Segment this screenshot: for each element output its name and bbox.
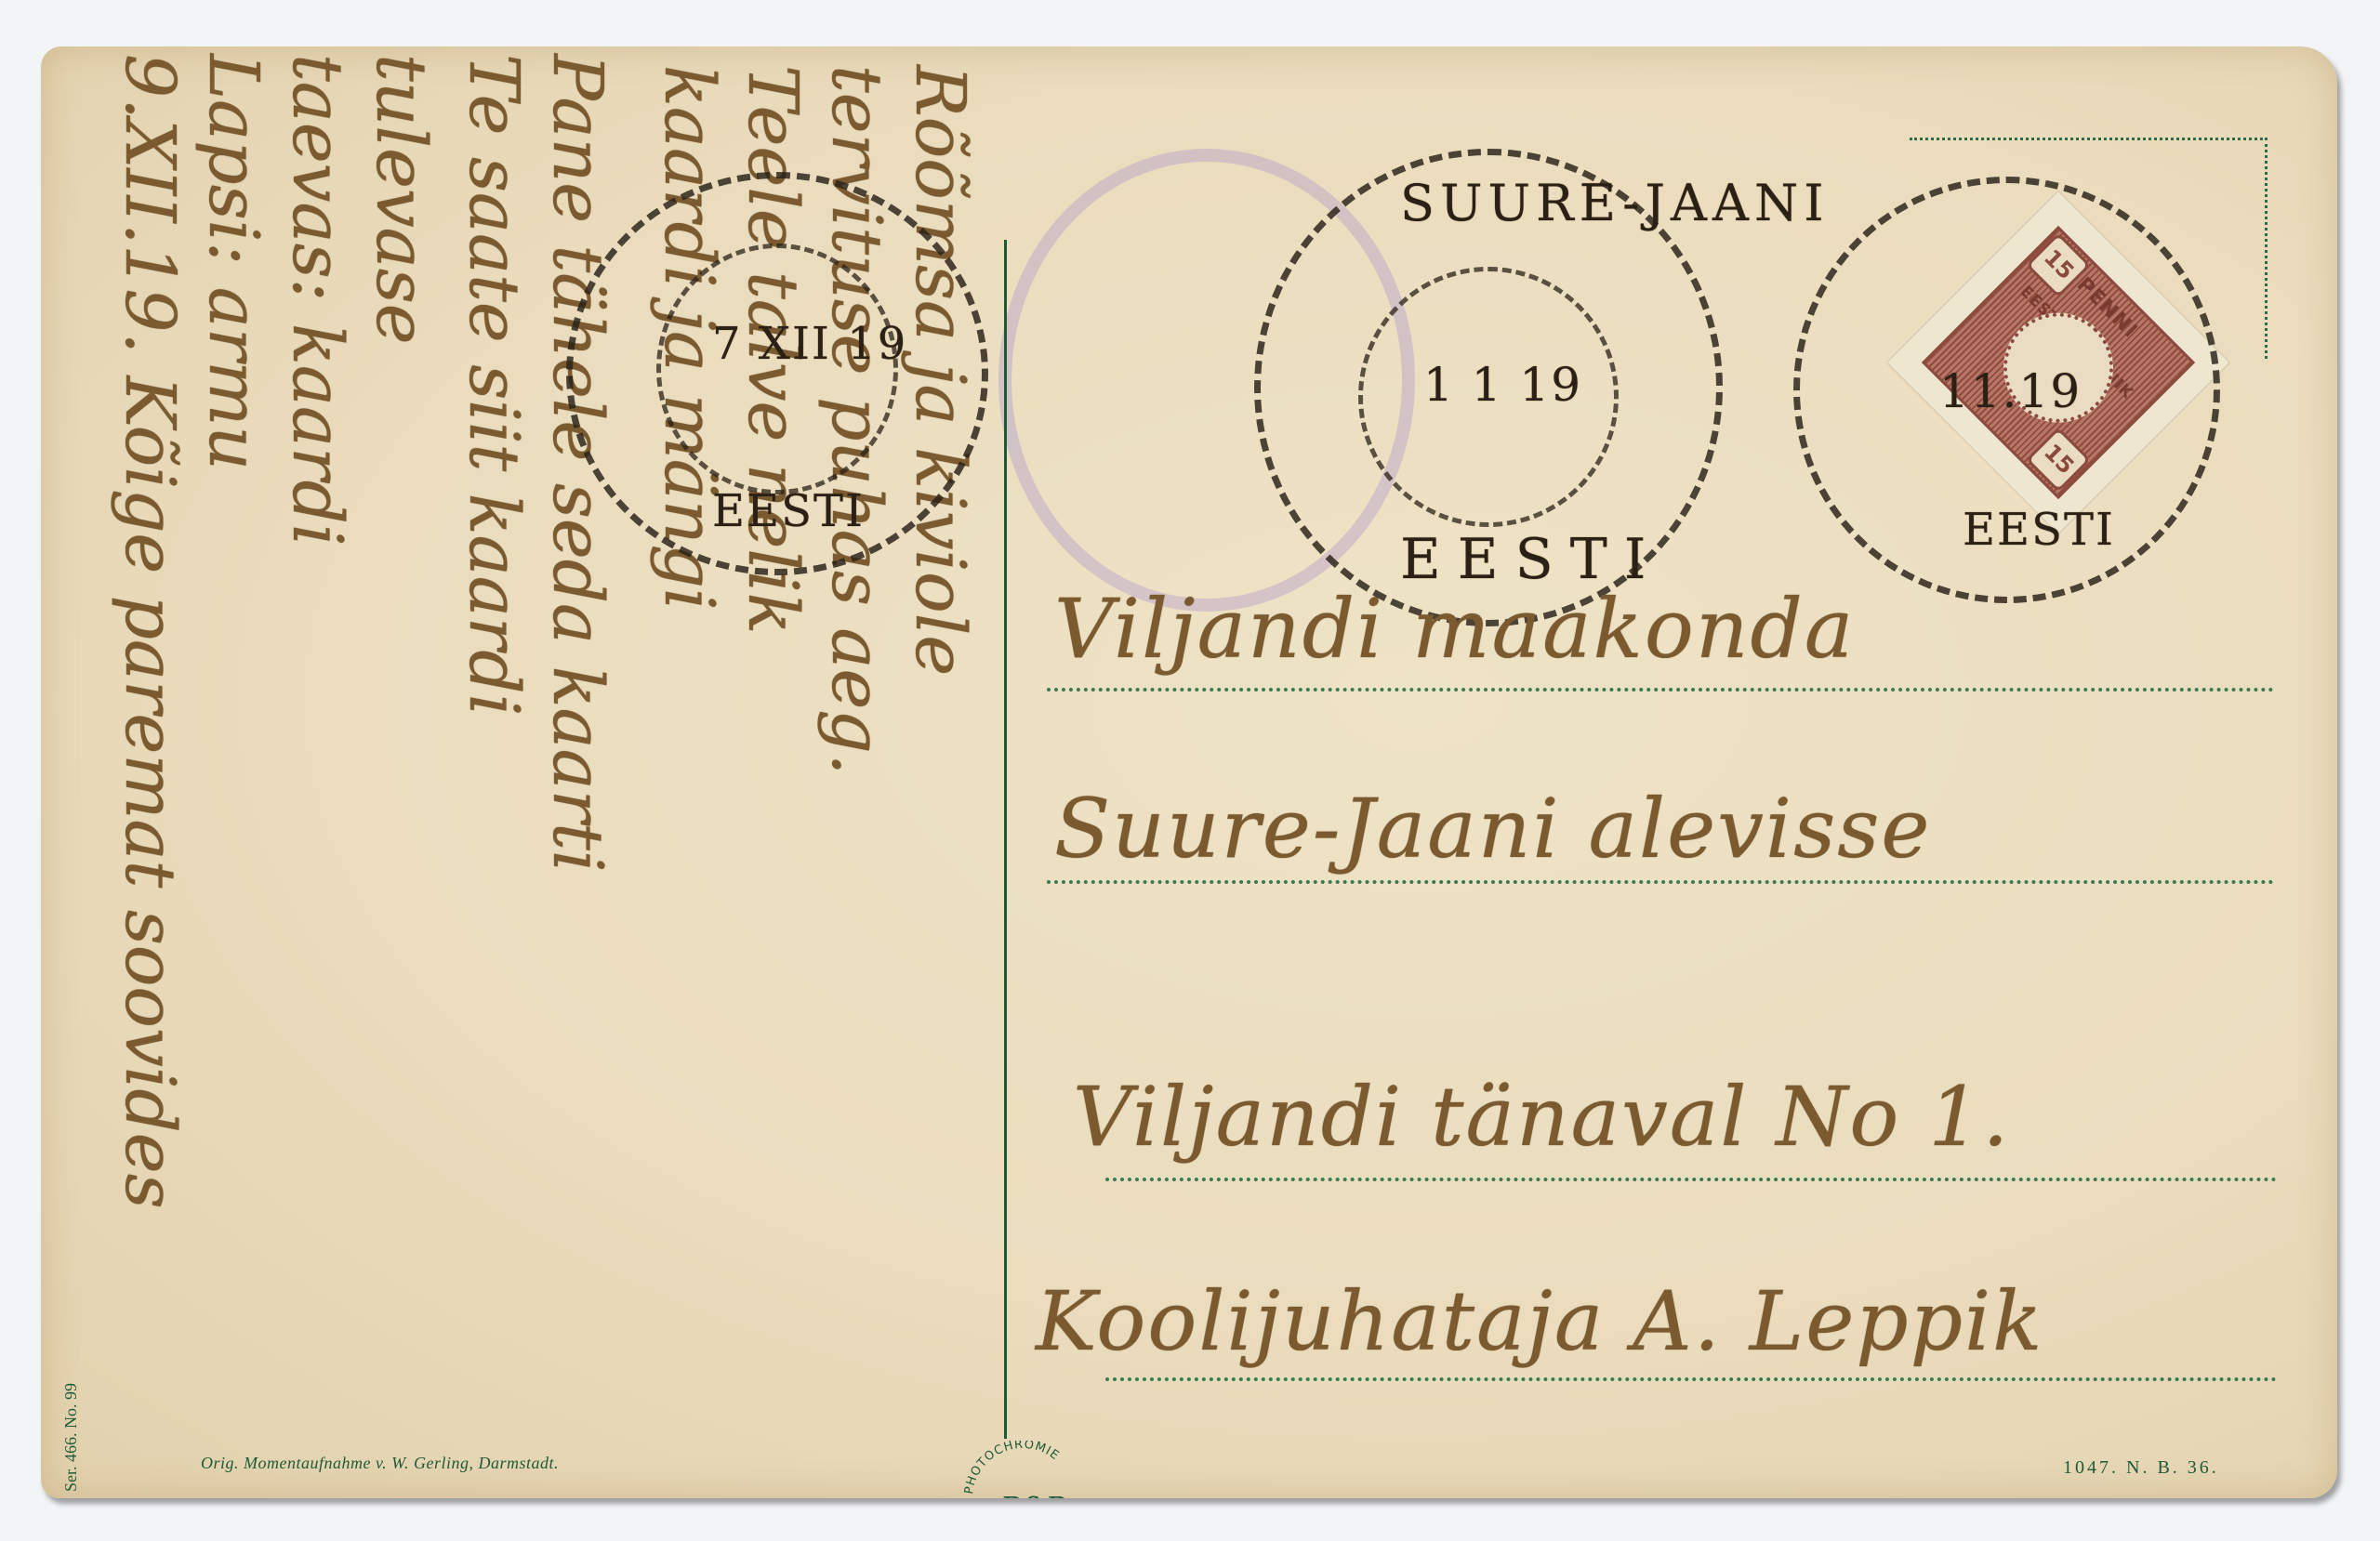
- message-line: 9.XII.19. Kõige paremat soovides: [110, 54, 190, 1209]
- photochromie-arc-icon: PHOTOCHROMIE B&B: [961, 1441, 1082, 1498]
- postmark-date: 1 1 19: [1423, 358, 1582, 412]
- postmark-country: EESTI: [1963, 504, 2115, 556]
- photo-credit: Orig. Momentaufnahme v. W. Gerling, Darm…: [201, 1454, 559, 1473]
- message-line: tulevase: [361, 54, 441, 345]
- message-line: Lapsi: armu: [193, 54, 273, 470]
- address-rule: [1105, 1178, 2277, 1181]
- postmark-stamp-cancel: 11.19 EESTI: [1793, 177, 2220, 603]
- postmark-left: 7 XII 19 EESTI: [566, 172, 988, 575]
- address-rule: [1047, 688, 2274, 691]
- message-line: Te saate siit kaardi: [454, 54, 534, 716]
- postmark-date: 11.19: [1939, 364, 2082, 418]
- message-line: taevas: kaardi: [277, 54, 357, 547]
- postmark-town: SUURE-JAANI: [1400, 174, 1830, 232]
- address-rule: [1047, 880, 2274, 884]
- photochromie-logo: PHOTOCHROMIE B&B: [961, 1441, 1082, 1498]
- vertical-divider: [1004, 240, 1007, 1439]
- publisher-code: 1047. N. B. 36.: [2063, 1457, 2219, 1479]
- address-line-3: Viljandi tänaval No 1.: [1073, 1069, 2010, 1165]
- postmark-suure-jaani: SUURE-JAANI 1 1 19 EESTI: [1254, 149, 1723, 626]
- address-rule: [1105, 1377, 2277, 1381]
- svg-text:B&B: B&B: [1002, 1492, 1068, 1498]
- series-number: Ser. 466. No. 99: [61, 1383, 81, 1492]
- postmark-date: 7 XII 19: [712, 318, 907, 370]
- address-line-4: Koolijuhataja A. Leppik: [1036, 1273, 2043, 1369]
- postmark-country: EESTI: [712, 485, 865, 537]
- svg-text:PHOTOCHROMIE: PHOTOCHROMIE: [962, 1441, 1062, 1495]
- postcard: 9.XII.19. Kõige paremat soovides Lapsi: …: [41, 46, 2337, 1498]
- address-line-2: Suure-Jaani alevisse: [1054, 781, 1931, 876]
- address-line-1: Viljandi maakonda: [1054, 581, 1855, 677]
